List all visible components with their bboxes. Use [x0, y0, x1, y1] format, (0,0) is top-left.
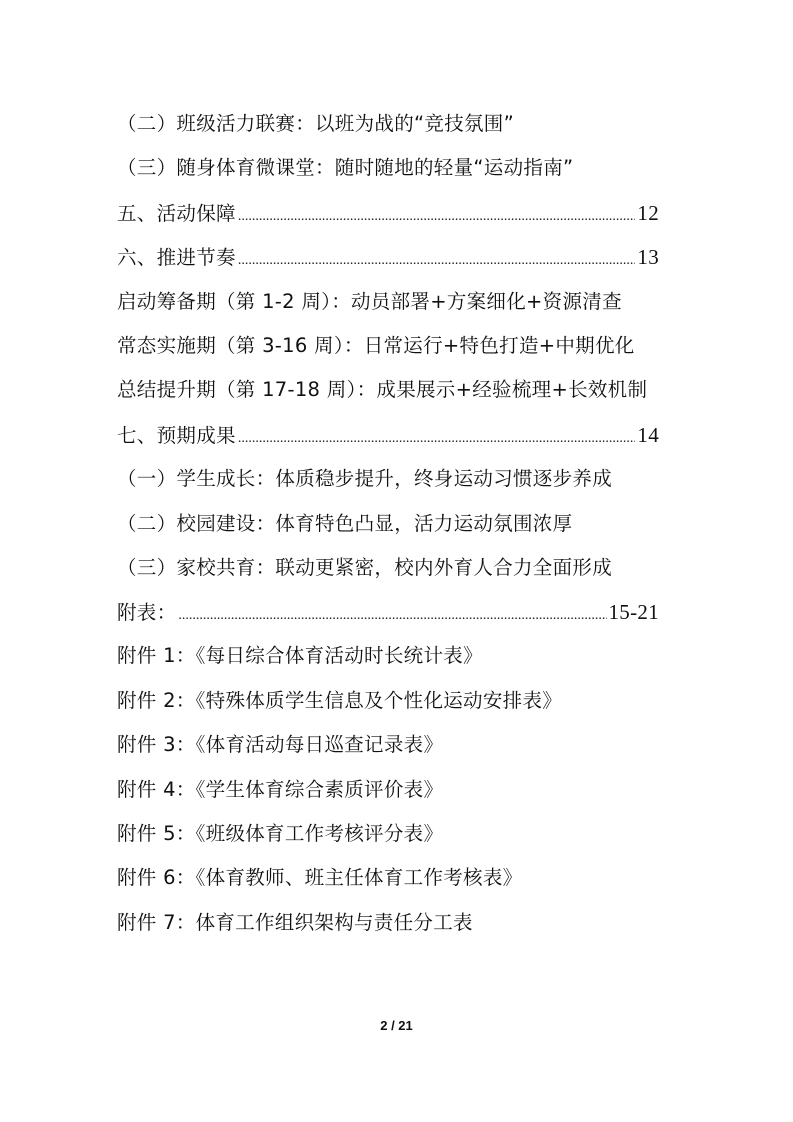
document-page: （二）班级活力联赛：以班为战的“竞技氛围” （三）随身体育微课堂：随时随地的轻量…: [0, 0, 793, 1122]
attachment-6[interactable]: 附件 6：《体育教师、班主任体育工作考核表》: [117, 863, 659, 893]
line-text: 常态实施期（第 3-16 周）：日常运行+特色打造+中期优化: [117, 334, 635, 357]
toc-entry-expected-results[interactable]: 七、预期成果 14: [117, 420, 659, 450]
toc-phase-routine[interactable]: 常态实施期（第 3-16 周）：日常运行+特色打造+中期优化: [117, 331, 659, 361]
line-text: （二）校园建设：体育特色凸显，活力运动氛围浓厚: [117, 512, 572, 535]
line-text: 启动筹备期（第 1-2 周）：动员部署+方案细化+资源清查: [117, 290, 622, 313]
toc-title: 七、预期成果: [117, 421, 236, 451]
toc-title: 附表：: [117, 598, 176, 628]
page-number-footer: 2 / 21: [0, 1018, 793, 1033]
toc-leader-dots: [238, 246, 636, 276]
line-text: 附件 2：《特殊体质学生信息及个性化运动安排表》: [117, 689, 562, 712]
line-text: （三）家校共育：联动更紧密，校内外育人合力全面形成: [117, 556, 612, 579]
attachment-1[interactable]: 附件 1：《每日综合体育活动时长统计表》: [117, 641, 659, 671]
toc-phase-startup[interactable]: 启动筹备期（第 1-2 周）：动员部署+方案细化+资源清查: [117, 287, 659, 317]
toc-entry-appendix[interactable]: 附表： 15-21: [117, 597, 659, 627]
attachment-4[interactable]: 附件 4：《学生体育综合素质评价表》: [117, 775, 659, 805]
attachment-3[interactable]: 附件 3：《体育活动每日巡查记录表》: [117, 730, 659, 760]
toc-phase-summary[interactable]: 总结提升期（第 17-18 周）：成果展示+经验梳理+长效机制: [117, 375, 659, 405]
toc-entry-progress-rhythm[interactable]: 六、推进节奏 13: [117, 242, 659, 272]
attachment-7[interactable]: 附件 7：体育工作组织架构与责任分工表: [117, 908, 659, 938]
line-text: 附件 1：《每日综合体育活动时长统计表》: [117, 644, 483, 667]
toc-subsection-home-school[interactable]: （三）家校共育：联动更紧密，校内外育人合力全面形成: [117, 553, 659, 583]
toc-page-number: 14: [637, 420, 659, 450]
line-text: （二）班级活力联赛：以班为战的“竞技氛围”: [117, 112, 514, 135]
toc-page-number: 15-21: [609, 597, 660, 627]
toc-title: 六、推进节奏: [117, 243, 236, 273]
toc-subsection-micro-class[interactable]: （三）随身体育微课堂：随时随地的轻量“运动指南”: [117, 153, 659, 183]
line-text: 总结提升期（第 17-18 周）：成果展示+经验梳理+长效机制: [117, 378, 647, 401]
toc-leader-dots: [178, 601, 606, 631]
line-text: 附件 5：《班级体育工作考核评分表》: [117, 822, 443, 845]
toc-leader-dots: [238, 424, 636, 454]
toc-entry-activity-guarantee[interactable]: 五、活动保障 12: [117, 198, 659, 228]
line-text: （三）随身体育微课堂：随时随地的轻量“运动指南”: [117, 156, 573, 179]
attachment-2[interactable]: 附件 2：《特殊体质学生信息及个性化运动安排表》: [117, 686, 659, 716]
toc-leader-dots: [238, 202, 636, 232]
line-text: 附件 6：《体育教师、班主任体育工作考核表》: [117, 866, 522, 889]
attachment-5[interactable]: 附件 5：《班级体育工作考核评分表》: [117, 819, 659, 849]
line-text: （一）学生成长：体质稳步提升，终身运动习惯逐步养成: [117, 467, 612, 490]
toc-subsection-class-league[interactable]: （二）班级活力联赛：以班为战的“竞技氛围”: [117, 109, 659, 139]
line-text: 附件 4：《学生体育综合素质评价表》: [117, 778, 443, 801]
toc-subsection-campus-building[interactable]: （二）校园建设：体育特色凸显，活力运动氛围浓厚: [117, 509, 659, 539]
line-text: 附件 7：体育工作组织架构与责任分工表: [117, 911, 473, 934]
toc-title: 五、活动保障: [117, 199, 236, 229]
toc-page-number: 12: [637, 198, 659, 228]
toc-subsection-student-growth[interactable]: （一）学生成长：体质稳步提升，终身运动习惯逐步养成: [117, 464, 659, 494]
line-text: 附件 3：《体育活动每日巡查记录表》: [117, 733, 443, 756]
toc-page-number: 13: [637, 242, 659, 272]
